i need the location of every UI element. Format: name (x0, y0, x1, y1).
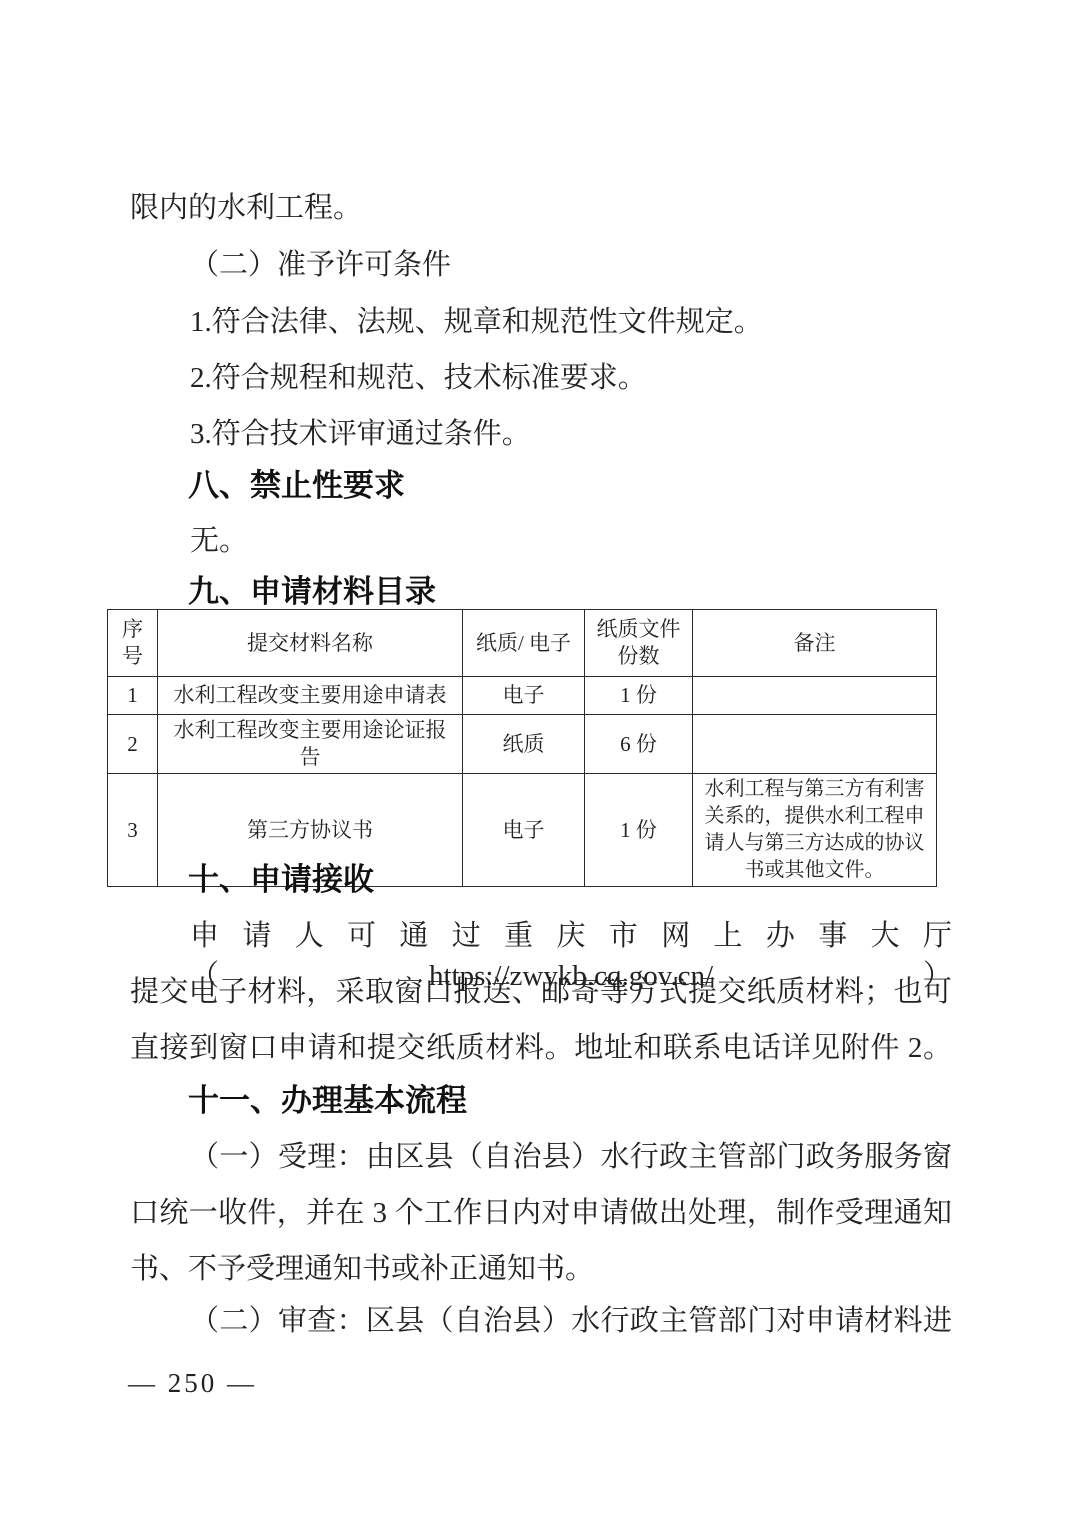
body-line: 3.符合技术评审通过条件。 (190, 414, 952, 454)
page-number: — 250 — (128, 1368, 257, 1399)
cell-remark (693, 715, 937, 774)
body-line: 直接到窗口申请和提交纸质材料。地址和联系电话详见附件 2。 (130, 1028, 952, 1068)
body-line: 限内的水利工程。 (130, 188, 952, 228)
cell-medium: 电子 (463, 774, 585, 887)
cell-no: 2 (108, 715, 158, 774)
body-line: 提交电子材料，采取窗口报送、邮寄等方式提交纸质材料；也可 (130, 972, 952, 1012)
table-header-row: 序号 提交材料名称 纸质/ 电子 纸质文件份数 备注 (108, 610, 937, 677)
cell-no: 1 (108, 677, 158, 715)
col-header-no: 序号 (108, 610, 158, 677)
body-line: （二）审查：区县（自治县）水行政主管部门对申请材料进 (190, 1301, 952, 1341)
section-heading-8: 八、禁止性要求 (188, 466, 405, 506)
body-line: 口统一收件，并在 3 个工作日内对申请做出处理，制作受理通知 (130, 1193, 952, 1233)
cell-name: 水利工程改变主要用途论证报告 (158, 715, 463, 774)
table-row: 2 水利工程改变主要用途论证报告 纸质 6 份 (108, 715, 937, 774)
col-header-name: 提交材料名称 (158, 610, 463, 677)
body-line: 无。 (190, 521, 952, 561)
col-header-medium: 纸质/ 电子 (463, 610, 585, 677)
cell-no: 3 (108, 774, 158, 887)
body-line: （一）受理：由区县（自治县）水行政主管部门政务服务窗 (190, 1137, 952, 1177)
section-heading-11: 十一、办理基本流程 (188, 1081, 467, 1121)
cell-medium: 纸质 (463, 715, 585, 774)
table-row: 1 水利工程改变主要用途申请表 电子 1 份 (108, 677, 937, 715)
body-line: 2.符合规程和规范、技术标准要求。 (190, 358, 952, 398)
cell-remark: 水利工程与第三方有利害关系的，提供水利工程申请人与第三方达成的协议书或其他文件。 (693, 774, 937, 887)
col-header-remark: 备注 (693, 610, 937, 677)
section-heading-9: 九、申请材料目录 (188, 572, 436, 612)
cell-name: 水利工程改变主要用途申请表 (158, 677, 463, 715)
section-heading-10: 十、申请接收 (188, 860, 374, 900)
cell-remark (693, 677, 937, 715)
body-line: （二）准予许可条件 (190, 245, 952, 285)
document-page: 限内的水利工程。 （二）准予许可条件 1.符合法律、法规、规章和规范性文件规定。… (0, 0, 1074, 1520)
body-line: 书、不予受理通知书或补正通知书。 (130, 1249, 952, 1289)
cell-copies: 1 份 (585, 774, 693, 887)
body-line: 1.符合法律、法规、规章和规范性文件规定。 (190, 302, 952, 342)
cell-copies: 6 份 (585, 715, 693, 774)
cell-medium: 电子 (463, 677, 585, 715)
cell-copies: 1 份 (585, 677, 693, 715)
col-header-copies: 纸质文件份数 (585, 610, 693, 677)
materials-table: 序号 提交材料名称 纸质/ 电子 纸质文件份数 备注 1 水利工程改变主要用途申… (107, 609, 937, 887)
